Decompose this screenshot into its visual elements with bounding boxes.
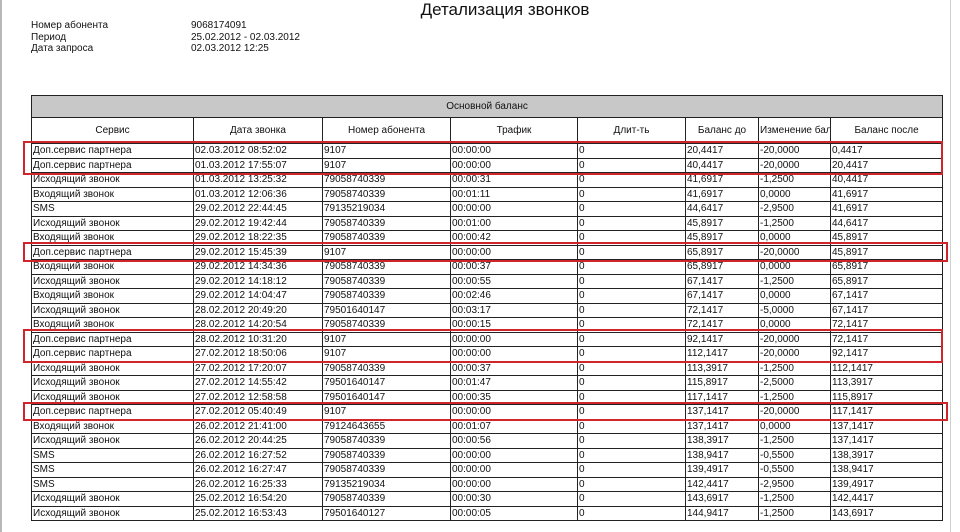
cell-balance-after: 72,1417: [831, 318, 943, 333]
cell-duration: 0: [578, 332, 686, 347]
cell-number: 9107: [323, 158, 451, 173]
cell-balance-after: 72,1417: [831, 332, 943, 347]
cell-balance-before: 41,6917: [686, 187, 759, 202]
cell-service: Исходящий звонок: [32, 173, 194, 188]
cell-balance-before: 139,4917: [686, 463, 759, 478]
meta-label: Дата запроса: [31, 43, 191, 55]
cell-balance-before: 143,6917: [686, 492, 759, 507]
cell-balance-change: -1,2500: [759, 274, 831, 289]
cell-duration: 0: [578, 419, 686, 434]
cell-date: 29.02.2012 15:45:39: [194, 245, 323, 260]
cell-date: 25.02.2012 16:54:20: [194, 492, 323, 507]
cell-balance-change: -5,0000: [759, 303, 831, 318]
cell-duration: 0: [578, 187, 686, 202]
cell-number: 79058740339: [323, 463, 451, 478]
cell-service: Исходящий звонок: [32, 434, 194, 449]
report-meta: Номер абонента 9068174091 Период 25.02.2…: [31, 20, 300, 55]
cell-balance-before: 41,6917: [686, 173, 759, 188]
cell-number: 79058740339: [323, 173, 451, 188]
cell-balance-after: 41,6917: [831, 202, 943, 217]
cell-balance-change: -20,0000: [759, 332, 831, 347]
column-header-date: Дата звонка: [194, 118, 323, 144]
cell-service: Входящий звонок: [32, 231, 194, 246]
cell-traffic: 00:01:00: [451, 216, 578, 231]
cell-balance-before: 65,8917: [686, 260, 759, 275]
table-row: Входящий звонок29.02.2012 14:04:47790587…: [32, 289, 943, 304]
meta-value: 25.02.2012 - 02.03.2012: [191, 32, 300, 44]
cell-date: 27.02.2012 05:40:49: [194, 405, 323, 420]
cell-service: Входящий звонок: [32, 187, 194, 202]
group-header: Основной баланс: [32, 96, 943, 118]
cell-balance-after: 67,1417: [831, 289, 943, 304]
cell-traffic: 00:00:35: [451, 390, 578, 405]
cell-balance-before: 45,8917: [686, 231, 759, 246]
cell-service: Доп.сервис партнера: [32, 144, 194, 159]
cell-balance-after: 115,8917: [831, 390, 943, 405]
cell-number: 79058740339: [323, 274, 451, 289]
cell-duration: 0: [578, 448, 686, 463]
cell-balance-after: 139,4917: [831, 477, 943, 492]
cell-balance-after: 65,8917: [831, 274, 943, 289]
table-row: Входящий звонок29.02.2012 14:34:36790587…: [32, 260, 943, 275]
cell-balance-after: 138,3917: [831, 448, 943, 463]
cell-service: Доп.сервис партнера: [32, 347, 194, 362]
table-row: SMS26.02.2012 16:25:337913521903400:00:0…: [32, 477, 943, 492]
cell-date: 26.02.2012 16:27:47: [194, 463, 323, 478]
cell-date: 01.03.2012 17:55:07: [194, 158, 323, 173]
cell-balance-change: -2,5000: [759, 376, 831, 391]
table-body: Доп.сервис партнера02.03.2012 08:52:0291…: [32, 144, 943, 521]
cell-balance-change: -1,2500: [759, 361, 831, 376]
cell-service: SMS: [32, 202, 194, 217]
meta-value: 02.03.2012 12:25: [191, 43, 269, 55]
cell-number: 79058740339: [323, 289, 451, 304]
cell-duration: 0: [578, 202, 686, 217]
cell-duration: 0: [578, 347, 686, 362]
cell-date: 25.02.2012 16:53:43: [194, 506, 323, 521]
cell-service: Входящий звонок: [32, 289, 194, 304]
table-row: Доп.сервис партнера27.02.2012 05:40:4991…: [32, 405, 943, 420]
cell-date: 26.02.2012 16:27:52: [194, 448, 323, 463]
cell-date: 29.02.2012 14:18:12: [194, 274, 323, 289]
cell-traffic: 00:00:00: [451, 477, 578, 492]
cell-duration: 0: [578, 361, 686, 376]
cell-traffic: 00:00:00: [451, 245, 578, 260]
cell-date: 29.02.2012 18:22:35: [194, 231, 323, 246]
cell-balance-after: 65,8917: [831, 260, 943, 275]
cell-traffic: 00:01:07: [451, 419, 578, 434]
table-row: Доп.сервис партнера02.03.2012 08:52:0291…: [32, 144, 943, 159]
cell-traffic: 00:00:31: [451, 173, 578, 188]
meta-label: Номер абонента: [31, 20, 191, 32]
cell-service: Доп.сервис партнера: [32, 332, 194, 347]
cell-duration: 0: [578, 289, 686, 304]
cell-balance-after: 41,6917: [831, 187, 943, 202]
cell-balance-before: 115,8917: [686, 376, 759, 391]
table-row: Входящий звонок01.03.2012 12:06:36790587…: [32, 187, 943, 202]
table-row: Исходящий звонок26.02.2012 20:44:2579058…: [32, 434, 943, 449]
cell-balance-after: 137,1417: [831, 434, 943, 449]
table-row: SMS26.02.2012 16:27:527905874033900:00:0…: [32, 448, 943, 463]
cell-balance-change: 0,0000: [759, 260, 831, 275]
cell-date: 02.03.2012 08:52:02: [194, 144, 323, 159]
cell-balance-before: 40,4417: [686, 158, 759, 173]
column-header-service: Сервис: [32, 118, 194, 144]
table-row: Доп.сервис партнера29.02.2012 15:45:3991…: [32, 245, 943, 260]
cell-service: SMS: [32, 477, 194, 492]
cell-number: 79501640127: [323, 506, 451, 521]
cell-balance-after: 20,4417: [831, 158, 943, 173]
cell-balance-before: 20,4417: [686, 144, 759, 159]
cell-number: 79058740339: [323, 318, 451, 333]
cell-balance-change: -1,2500: [759, 173, 831, 188]
cell-balance-before: 137,1417: [686, 405, 759, 420]
cell-date: 01.03.2012 12:06:36: [194, 187, 323, 202]
cell-duration: 0: [578, 231, 686, 246]
cell-traffic: 00:00:00: [451, 144, 578, 159]
cell-service: Доп.сервис партнера: [32, 405, 194, 420]
cell-service: Исходящий звонок: [32, 361, 194, 376]
meta-subscriber-number: Номер абонента 9068174091: [31, 20, 300, 32]
calls-table: Основной баланс СервисДата звонкаНомер а…: [31, 95, 943, 521]
cell-balance-change: -1,2500: [759, 506, 831, 521]
cell-service: Исходящий звонок: [32, 390, 194, 405]
cell-balance-after: 45,8917: [831, 245, 943, 260]
cell-number: 79501640147: [323, 390, 451, 405]
cell-balance-before: 142,4417: [686, 477, 759, 492]
cell-traffic: 00:00:37: [451, 260, 578, 275]
meta-period: Период 25.02.2012 - 02.03.2012: [31, 32, 300, 44]
cell-traffic: 00:00:55: [451, 274, 578, 289]
cell-service: Входящий звонок: [32, 260, 194, 275]
cell-service: Исходящий звонок: [32, 303, 194, 318]
cell-balance-after: 45,8917: [831, 231, 943, 246]
cell-balance-change: -1,2500: [759, 434, 831, 449]
cell-balance-after: 137,1417: [831, 419, 943, 434]
table-row: Исходящий звонок27.02.2012 17:20:0779058…: [32, 361, 943, 376]
cell-balance-after: 40,4417: [831, 173, 943, 188]
cell-balance-after: 142,4417: [831, 492, 943, 507]
cell-balance-change: -1,2500: [759, 390, 831, 405]
cell-traffic: 00:00:00: [451, 347, 578, 362]
cell-service: Исходящий звонок: [32, 492, 194, 507]
table-row: Входящий звонок26.02.2012 21:41:00791246…: [32, 419, 943, 434]
cell-traffic: 00:00:30: [451, 492, 578, 507]
page-title: Детализация звонков: [0, 0, 960, 20]
table-row: Исходящий звонок25.02.2012 16:54:2079058…: [32, 492, 943, 507]
cell-number: 79135219034: [323, 202, 451, 217]
cell-balance-before: 67,1417: [686, 274, 759, 289]
cell-traffic: 00:00:15: [451, 318, 578, 333]
cell-balance-change: 0,0000: [759, 289, 831, 304]
cell-duration: 0: [578, 477, 686, 492]
cell-service: Доп.сервис партнера: [32, 245, 194, 260]
cell-date: 27.02.2012 12:58:58: [194, 390, 323, 405]
cell-number: 79058740339: [323, 434, 451, 449]
cell-duration: 0: [578, 492, 686, 507]
cell-date: 29.02.2012 14:04:47: [194, 289, 323, 304]
cell-balance-after: 112,1417: [831, 361, 943, 376]
cell-balance-change: -1,2500: [759, 216, 831, 231]
cell-traffic: 00:00:56: [451, 434, 578, 449]
cell-date: 27.02.2012 14:55:42: [194, 376, 323, 391]
cell-balance-after: 113,3917: [831, 376, 943, 391]
cell-balance-change: -20,0000: [759, 405, 831, 420]
cell-traffic: 00:02:46: [451, 289, 578, 304]
cell-traffic: 00:00:00: [451, 405, 578, 420]
cell-duration: 0: [578, 245, 686, 260]
cell-duration: 0: [578, 376, 686, 391]
cell-balance-change: 0,0000: [759, 231, 831, 246]
table-row: Входящий звонок29.02.2012 18:22:35790587…: [32, 231, 943, 246]
cell-duration: 0: [578, 216, 686, 231]
cell-service: Исходящий звонок: [32, 274, 194, 289]
cell-duration: 0: [578, 405, 686, 420]
cell-traffic: 00:00:42: [451, 231, 578, 246]
column-header-balance-before: Баланс до: [686, 118, 759, 144]
table-row: Исходящий звонок27.02.2012 14:55:4279501…: [32, 376, 943, 391]
cell-duration: 0: [578, 390, 686, 405]
cell-duration: 0: [578, 303, 686, 318]
cell-number: 9107: [323, 405, 451, 420]
cell-date: 28.02.2012 20:49:20: [194, 303, 323, 318]
cell-traffic: 00:00:00: [451, 158, 578, 173]
cell-date: 01.03.2012 13:25:32: [194, 173, 323, 188]
cell-date: 26.02.2012 21:41:00: [194, 419, 323, 434]
cell-balance-before: 113,3917: [686, 361, 759, 376]
cell-date: 29.02.2012 14:34:36: [194, 260, 323, 275]
cell-traffic: 00:00:37: [451, 361, 578, 376]
cell-duration: 0: [578, 144, 686, 159]
cell-balance-before: 138,3917: [686, 434, 759, 449]
cell-date: 26.02.2012 16:25:33: [194, 477, 323, 492]
table-row: Исходящий звонок29.02.2012 14:18:1279058…: [32, 274, 943, 289]
cell-balance-after: 143,6917: [831, 506, 943, 521]
table-row: Исходящий звонок01.03.2012 13:25:3279058…: [32, 173, 943, 188]
cell-balance-before: 44,6417: [686, 202, 759, 217]
cell-balance-change: -2,9500: [759, 477, 831, 492]
cell-duration: 0: [578, 506, 686, 521]
meta-request-date: Дата запроса 02.03.2012 12:25: [31, 43, 300, 55]
cell-service: Исходящий звонок: [32, 216, 194, 231]
cell-duration: 0: [578, 463, 686, 478]
cell-number: 79058740339: [323, 231, 451, 246]
column-header-number: Номер абонента: [323, 118, 451, 144]
cell-number: 79124643655: [323, 419, 451, 434]
column-header-balance-change: Изменение баланса: [759, 118, 831, 144]
cell-traffic: 00:00:00: [451, 463, 578, 478]
cell-balance-change: -0,5500: [759, 463, 831, 478]
column-header-row: СервисДата звонкаНомер абонентаТрафикДли…: [32, 118, 943, 144]
cell-balance-after: 117,1417: [831, 405, 943, 420]
cell-date: 27.02.2012 18:50:06: [194, 347, 323, 362]
cell-number: 79135219034: [323, 477, 451, 492]
table-row: Исходящий звонок29.02.2012 19:42:4479058…: [32, 216, 943, 231]
cell-balance-before: 112,1417: [686, 347, 759, 362]
cell-balance-after: 138,9417: [831, 463, 943, 478]
cell-balance-before: 144,9417: [686, 506, 759, 521]
column-header-traffic: Трафик: [451, 118, 578, 144]
cell-balance-before: 137,1417: [686, 419, 759, 434]
cell-duration: 0: [578, 158, 686, 173]
table-row: Доп.сервис партнера01.03.2012 17:55:0791…: [32, 158, 943, 173]
table-row: SMS26.02.2012 16:27:477905874033900:00:0…: [32, 463, 943, 478]
table-row: Входящий звонок28.02.2012 14:20:54790587…: [32, 318, 943, 333]
cell-balance-after: 44,6417: [831, 216, 943, 231]
page-edge-left: [0, 0, 2, 532]
table-row: Исходящий звонок28.02.2012 20:49:2079501…: [32, 303, 943, 318]
cell-balance-before: 67,1417: [686, 289, 759, 304]
cell-date: 28.02.2012 14:20:54: [194, 318, 323, 333]
cell-balance-change: 0,0000: [759, 419, 831, 434]
cell-traffic: 00:00:00: [451, 202, 578, 217]
cell-duration: 0: [578, 434, 686, 449]
cell-service: Исходящий звонок: [32, 376, 194, 391]
cell-number: 79501640147: [323, 376, 451, 391]
column-header-duration: Длит-ть: [578, 118, 686, 144]
column-header-balance-after: Баланс после: [831, 118, 943, 144]
cell-balance-change: -20,0000: [759, 347, 831, 362]
cell-balance-before: 45,8917: [686, 216, 759, 231]
cell-number: 9107: [323, 245, 451, 260]
cell-duration: 0: [578, 318, 686, 333]
cell-balance-change: -20,0000: [759, 245, 831, 260]
cell-service: Входящий звонок: [32, 318, 194, 333]
cell-balance-change: -20,0000: [759, 158, 831, 173]
cell-service: Входящий звонок: [32, 419, 194, 434]
table-row: Доп.сервис партнера27.02.2012 18:50:0691…: [32, 347, 943, 362]
cell-balance-before: 117,1417: [686, 390, 759, 405]
cell-number: 9107: [323, 332, 451, 347]
cell-balance-before: 65,8917: [686, 245, 759, 260]
cell-number: 9107: [323, 347, 451, 362]
cell-balance-change: -2,9500: [759, 202, 831, 217]
cell-traffic: 00:03:17: [451, 303, 578, 318]
cell-traffic: 00:01:11: [451, 187, 578, 202]
cell-number: 79058740339: [323, 448, 451, 463]
cell-duration: 0: [578, 260, 686, 275]
cell-number: 9107: [323, 144, 451, 159]
cell-date: 28.02.2012 10:31:20: [194, 332, 323, 347]
meta-value: 9068174091: [191, 20, 247, 32]
cell-duration: 0: [578, 274, 686, 289]
cell-number: 79058740339: [323, 492, 451, 507]
cell-traffic: 00:01:47: [451, 376, 578, 391]
cell-traffic: 00:00:00: [451, 448, 578, 463]
cell-balance-change: -0,5500: [759, 448, 831, 463]
cell-balance-before: 92,1417: [686, 332, 759, 347]
cell-duration: 0: [578, 173, 686, 188]
meta-label: Период: [31, 32, 191, 44]
cell-service: SMS: [32, 463, 194, 478]
cell-number: 79058740339: [323, 361, 451, 376]
cell-balance-before: 72,1417: [686, 318, 759, 333]
table-row: Исходящий звонок27.02.2012 12:58:5879501…: [32, 390, 943, 405]
cell-balance-change: 0,0000: [759, 187, 831, 202]
cell-balance-change: -20,0000: [759, 144, 831, 159]
cell-service: SMS: [32, 448, 194, 463]
cell-traffic: 00:00:00: [451, 332, 578, 347]
cell-balance-after: 92,1417: [831, 347, 943, 362]
cell-date: 26.02.2012 20:44:25: [194, 434, 323, 449]
cell-number: 79501640147: [323, 303, 451, 318]
table-row: SMS29.02.2012 22:44:457913521903400:00:0…: [32, 202, 943, 217]
page-edge-right: [950, 0, 951, 532]
table-row: Доп.сервис партнера28.02.2012 10:31:2091…: [32, 332, 943, 347]
cell-balance-before: 72,1417: [686, 303, 759, 318]
cell-balance-after: 67,1417: [831, 303, 943, 318]
cell-balance-before: 138,9417: [686, 448, 759, 463]
cell-service: Доп.сервис партнера: [32, 158, 194, 173]
cell-number: 79058740339: [323, 187, 451, 202]
cell-date: 29.02.2012 22:44:45: [194, 202, 323, 217]
table-row: Исходящий звонок25.02.2012 16:53:4379501…: [32, 506, 943, 521]
cell-number: 79058740339: [323, 216, 451, 231]
cell-traffic: 00:00:05: [451, 506, 578, 521]
cell-date: 27.02.2012 17:20:07: [194, 361, 323, 376]
cell-date: 29.02.2012 19:42:44: [194, 216, 323, 231]
cell-service: Исходящий звонок: [32, 506, 194, 521]
cell-balance-change: 0,0000: [759, 318, 831, 333]
cell-balance-change: -1,2500: [759, 492, 831, 507]
cell-balance-after: 0,4417: [831, 144, 943, 159]
cell-number: 79058740339: [323, 260, 451, 275]
